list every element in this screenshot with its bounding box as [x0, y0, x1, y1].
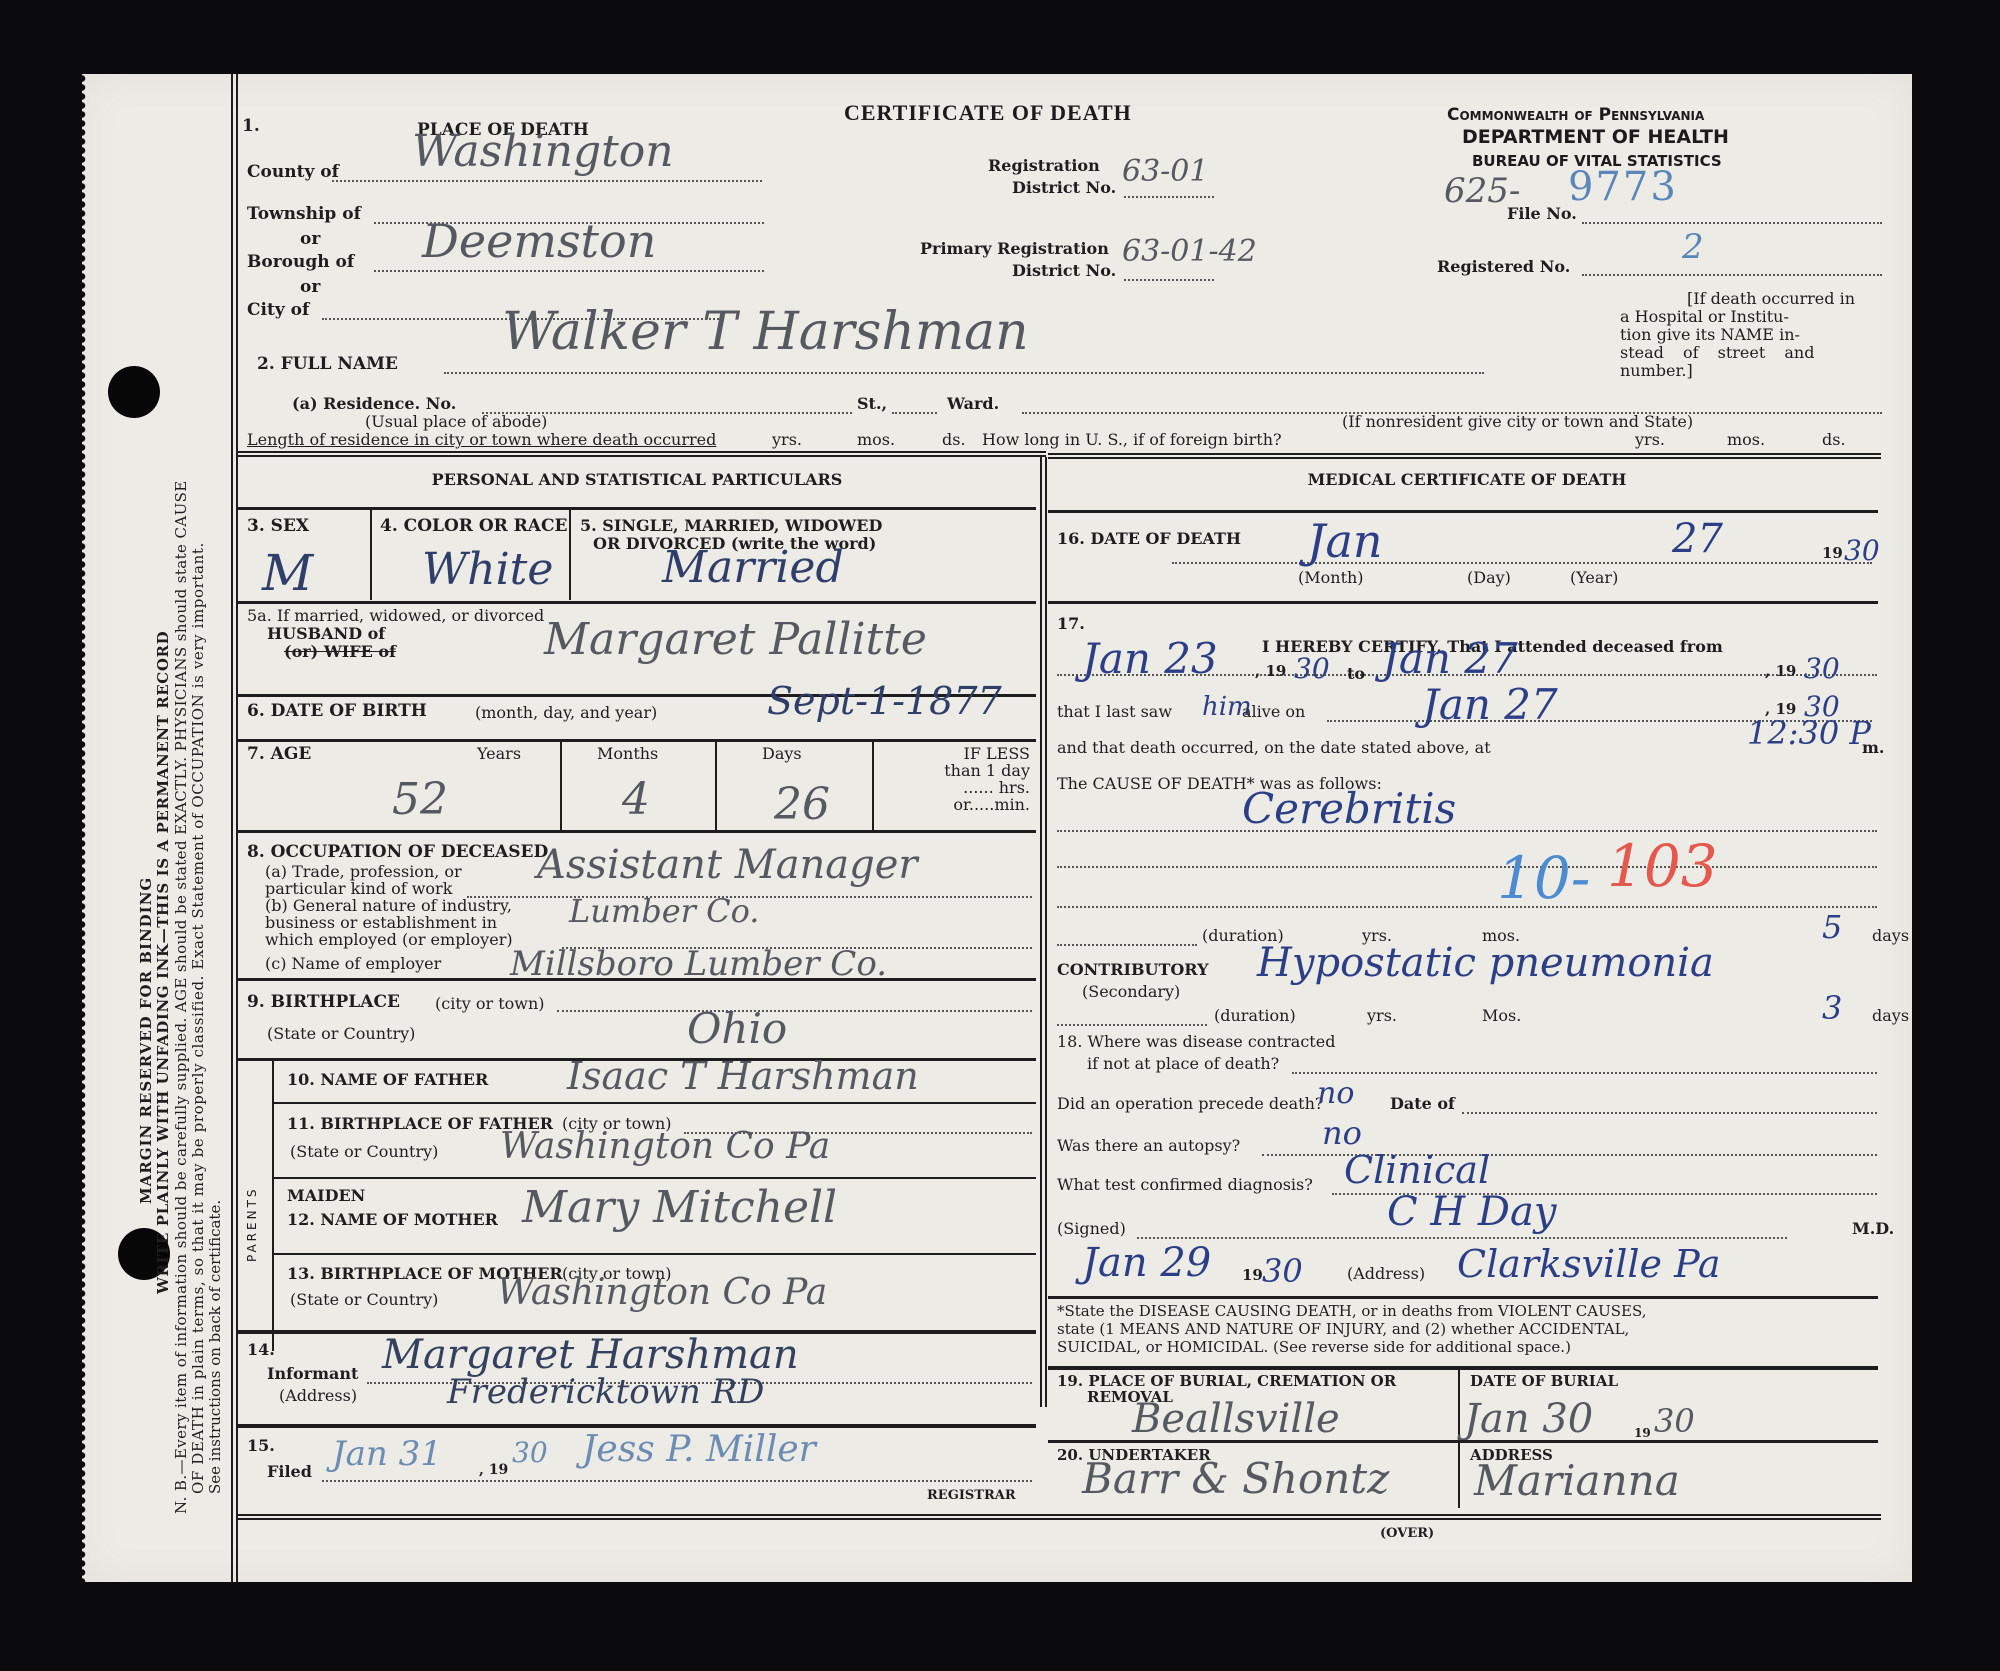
- full-name-label: 2. FULL NAME: [257, 354, 398, 374]
- ward-label: Ward.: [947, 394, 999, 413]
- registration-district-label-1: Registration: [988, 156, 1100, 175]
- margin-line-4: OF DEATH in plain terms, so that it may …: [189, 542, 207, 1494]
- occupation-trade-value[interactable]: Assistant Manager: [537, 842, 918, 888]
- contributory-cause-value[interactable]: Hypostatic pneumonia: [1257, 940, 1714, 986]
- birthplace-value[interactable]: Ohio: [687, 1004, 787, 1053]
- death-day-value[interactable]: 27: [1672, 516, 1723, 562]
- file-no-value[interactable]: 9773: [1568, 164, 1678, 210]
- classification-code-blue: 10-: [1497, 844, 1590, 912]
- death-year-value[interactable]: 30: [1844, 534, 1880, 567]
- registrar-signature[interactable]: Jess P. Miller: [582, 1429, 816, 1470]
- file-no-label: File No.: [1507, 204, 1577, 223]
- column-divider: [1040, 457, 1047, 1407]
- length-of-residence-label: Length of residence in city or town wher…: [247, 430, 716, 449]
- burial-date-value[interactable]: Jan 30: [1464, 1396, 1593, 1442]
- primary-registration-label-2: District No.: [1012, 261, 1116, 280]
- attended-from-value[interactable]: Jan 23: [1082, 634, 1218, 683]
- marital-status-value[interactable]: Married: [662, 542, 844, 593]
- age-months-value[interactable]: 4: [622, 774, 650, 825]
- county-label: County of: [247, 162, 339, 182]
- physician-address-value[interactable]: Clarksville Pa: [1457, 1242, 1721, 1286]
- street-label: St.,: [857, 394, 887, 413]
- contributory-duration-days[interactable]: 3: [1822, 989, 1842, 1027]
- date-of-birth-value[interactable]: Sept-1-1877: [767, 679, 1002, 723]
- signed-date-value[interactable]: Jan 29: [1082, 1240, 1211, 1286]
- primary-registration-value[interactable]: 63-01-42: [1122, 234, 1257, 269]
- margin-line-3: N. B.—Every item of information should b…: [172, 480, 190, 1514]
- or-label-1: or: [300, 229, 320, 249]
- burial-year-value[interactable]: 30: [1654, 1402, 1695, 1440]
- death-time-value[interactable]: 12:30 P: [1747, 714, 1871, 752]
- registered-no-label: Registered No.: [1437, 257, 1570, 276]
- last-saw-date-value[interactable]: Jan 27: [1422, 680, 1558, 729]
- certificate-paper: MARGIN RESERVED FOR BINDING WRITE PLAINL…: [82, 74, 1912, 1582]
- registration-district-value[interactable]: 63-01: [1122, 154, 1208, 189]
- classification-code-red: 103: [1607, 832, 1718, 900]
- primary-registration-label-1: Primary Registration: [920, 239, 1109, 258]
- age-years-value[interactable]: 52: [392, 774, 448, 825]
- filed-year-value[interactable]: 30: [512, 1436, 548, 1469]
- age-days-value[interactable]: 26: [774, 779, 830, 830]
- agency-line-2: DEPARTMENT OF HEALTH: [1462, 126, 1729, 148]
- borough-value[interactable]: Deemston: [422, 214, 656, 268]
- township-label: Township of: [247, 204, 361, 224]
- signed-year-value[interactable]: 30: [1262, 1252, 1303, 1290]
- attended-to-value[interactable]: Jan 27: [1382, 634, 1518, 683]
- medical-section-title: MEDICAL CERTIFICATE OF DEATH: [1057, 470, 1877, 489]
- county-value[interactable]: Washington: [412, 126, 674, 177]
- personal-section-title: PERSONAL AND STATISTICAL PARTICULARS: [242, 470, 1032, 489]
- or-label-2: or: [300, 277, 320, 297]
- city-label: City of: [247, 300, 309, 320]
- operation-value[interactable]: no: [1317, 1076, 1354, 1111]
- residence-label: (a) Residence. No.: [292, 394, 456, 413]
- violent-causes-footnote-3: SUICIDAL, or HOMICIDAL. (See reverse sid…: [1057, 1338, 1571, 1356]
- parents-tag: PARENTS: [245, 1186, 259, 1262]
- sex-value[interactable]: M: [262, 544, 313, 602]
- nonresident-note: (If nonresident give city or town and St…: [1342, 412, 1693, 431]
- informant-address-value[interactable]: Fredericktown RD: [447, 1372, 764, 1412]
- registration-district-label-2: District No.: [1012, 178, 1116, 197]
- margin-divider: [231, 74, 238, 1582]
- registered-no-value[interactable]: 2: [1682, 227, 1704, 267]
- binding-hole-top: [108, 366, 160, 418]
- physician-signature[interactable]: C H Day: [1387, 1189, 1556, 1235]
- race-value[interactable]: White: [422, 544, 553, 595]
- margin-line-5: See instructions on back of certificate.: [206, 1200, 224, 1494]
- abode-note: (Usual place of abode): [365, 412, 547, 431]
- father-birthplace-value[interactable]: Washington Co Pa: [500, 1126, 830, 1167]
- full-name-value[interactable]: Walker T Harshman: [502, 302, 1029, 362]
- father-name-value[interactable]: Isaac T Harshman: [567, 1054, 919, 1098]
- occupation-industry-value[interactable]: Lumber Co.: [569, 892, 759, 930]
- cause-of-death-value[interactable]: Cerebritis: [1242, 784, 1456, 833]
- spouse-value[interactable]: Margaret Pallitte: [544, 614, 927, 665]
- filed-date-value[interactable]: Jan 31: [332, 1434, 442, 1474]
- death-month-value[interactable]: Jan: [1307, 514, 1383, 568]
- diagnosis-test-value[interactable]: Clinical: [1344, 1148, 1490, 1192]
- primary-duration-days[interactable]: 5: [1822, 908, 1842, 946]
- place-of-death-number: 1.: [242, 116, 260, 136]
- margin-line-2: WRITE PLAINLY WITH UNFADING INK—THIS IS …: [154, 631, 172, 1414]
- autopsy-value[interactable]: no: [1322, 1114, 1362, 1152]
- perforated-edge: [82, 74, 88, 1582]
- margin-line-1: MARGIN RESERVED FOR BINDING: [137, 877, 155, 1414]
- mother-name-value[interactable]: Mary Mitchell: [522, 1182, 837, 1233]
- undertaker-value[interactable]: Barr & Shontz: [1082, 1454, 1389, 1503]
- certificate-title: CERTIFICATE OF DEATH: [844, 100, 1132, 126]
- foreign-birth-label: How long in U. S., if of foreign birth?: [982, 430, 1282, 449]
- agency-line-1: Commonwealth of Pennsylvania: [1447, 105, 1704, 125]
- burial-place-value[interactable]: Beallsville: [1132, 1396, 1340, 1442]
- mother-birthplace-value[interactable]: Washington Co Pa: [497, 1272, 827, 1313]
- over-label: (OVER): [1380, 1526, 1434, 1541]
- undertaker-address-value[interactable]: Marianna: [1474, 1456, 1680, 1505]
- violent-causes-footnote-2: state (1 MEANS AND NATURE OF INJURY, and…: [1057, 1320, 1629, 1338]
- borough-label: Borough of: [247, 252, 354, 272]
- violent-causes-footnote-1: *State the DISEASE CAUSING DEATH, or in …: [1057, 1302, 1646, 1320]
